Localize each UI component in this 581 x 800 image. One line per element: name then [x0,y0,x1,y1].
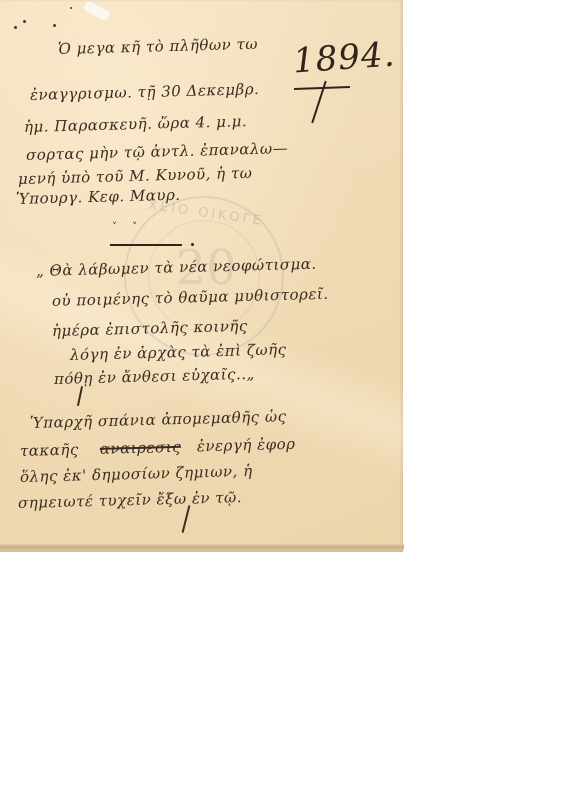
year-mark: 1894. [292,34,397,81]
separator-marks: ˅ ˅ [112,222,143,233]
paper-bottom-edge-layer [0,550,403,552]
section-divider [110,244,182,246]
manuscript-page: ΧΕΙΟ ΟΙΚΟΓΕ 20 1894. Ὁ μεγα κῆ τὸ πλῆθων… [0,0,403,548]
struck-word: αναιρεσις [100,438,182,458]
section-divider-dot [191,243,194,246]
line-segment: ἐνεργή ἐφορ [197,435,296,456]
line-segment: τακαῆς [20,440,79,460]
